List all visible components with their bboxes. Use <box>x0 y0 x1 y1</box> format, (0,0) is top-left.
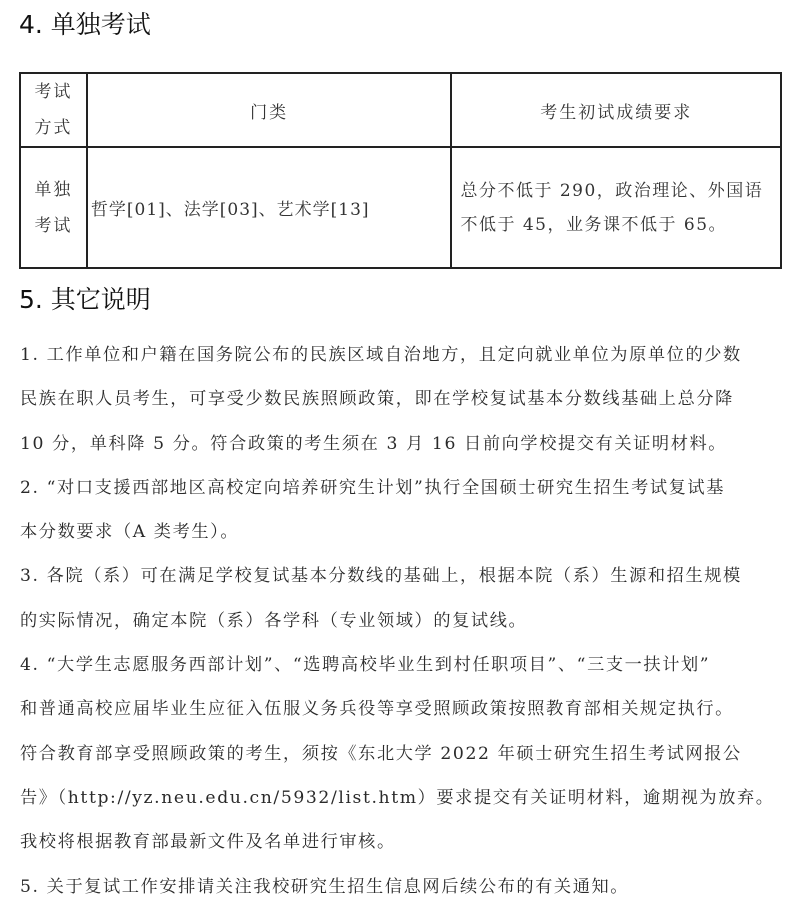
note-line: 2. “对口支援西部地区高校定向培养研究生计划”执行全国硕士研究生招生考试复试基 <box>20 471 785 515</box>
requirement-line2: 不低于 45，业务课不低于 65。 <box>460 208 780 242</box>
header-exam-mode-line1: 考试 <box>21 74 86 110</box>
note-line: 3. 各院（系）可在满足学校复试基本分数线的基础上，根据本院（系）生源和招生规模 <box>20 559 785 603</box>
note-line: 和普通高校应届毕业生应征入伍服义务兵役等享受照顾政策按照教育部相关规定执行。 <box>20 692 785 736</box>
cell-exam-mode-line2: 考试 <box>21 208 86 244</box>
note-line: 本分数要求（A 类考生）。 <box>20 515 785 559</box>
note-line: 1. 工作单位和户籍在国务院公布的民族区域自治地方，且定向就业单位为原单位的少数 <box>20 338 785 382</box>
cell-exam-mode: 单独 考试 <box>20 147 87 268</box>
independent-exam-table: 考试 方式 门类 考生初试成绩要求 单独 考试 哲学[01]、法学[03]、艺术… <box>19 72 782 269</box>
note-line: 我校将根据教育部最新文件及名单进行审核。 <box>20 825 785 869</box>
header-category: 门类 <box>87 73 452 147</box>
note-line: 10 分，单科降 5 分。符合政策的考生须在 3 月 16 日前向学校提交有关证… <box>20 427 785 471</box>
note-line: 符合教育部享受照顾政策的考生，须按《东北大学 2022 年硕士研究生招生考试网报… <box>20 737 785 781</box>
cell-category: 哲学[01]、法学[03]、艺术学[13] <box>87 147 452 268</box>
notes-body: 1. 工作单位和户籍在国务院公布的民族区域自治地方，且定向就业单位为原单位的少数… <box>20 338 785 907</box>
note-line: 5. 关于复试工作安排请关注我校研究生招生信息网后续公布的有关通知。 <box>20 870 785 907</box>
cell-score-requirement: 总分不低于 290，政治理论、外国语 不低于 45，业务课不低于 65。 <box>451 147 781 268</box>
header-score-requirement: 考生初试成绩要求 <box>451 73 781 147</box>
note-line-with-url: 告》（http://yz.neu.edu.cn/5932/list.htm）要求… <box>20 781 785 825</box>
requirement-line1: 总分不低于 290，政治理论、外国语 <box>460 174 780 208</box>
table-header-row: 考试 方式 门类 考生初试成绩要求 <box>20 73 781 147</box>
table-row: 单独 考试 哲学[01]、法学[03]、艺术学[13] 总分不低于 290，政治… <box>20 147 781 268</box>
cell-exam-mode-line1: 单独 <box>21 172 86 208</box>
note-line: 的实际情况，确定本院（系）各学科（专业领域）的复试线。 <box>20 604 785 648</box>
section-heading-other-notes: 5. 其它说明 <box>19 287 151 312</box>
section-heading-independent-exam: 4. 单独考试 <box>19 12 151 37</box>
header-exam-mode-line2: 方式 <box>21 110 86 146</box>
note-line: 民族在职人员考生，可享受少数民族照顾政策，即在学校复试基本分数线基础上总分降 <box>20 382 785 426</box>
note-line: 4. “大学生志愿服务西部计划”、“选聘高校毕业生到村任职项目”、“三支一扶计划… <box>20 648 785 692</box>
header-exam-mode: 考试 方式 <box>20 73 87 147</box>
